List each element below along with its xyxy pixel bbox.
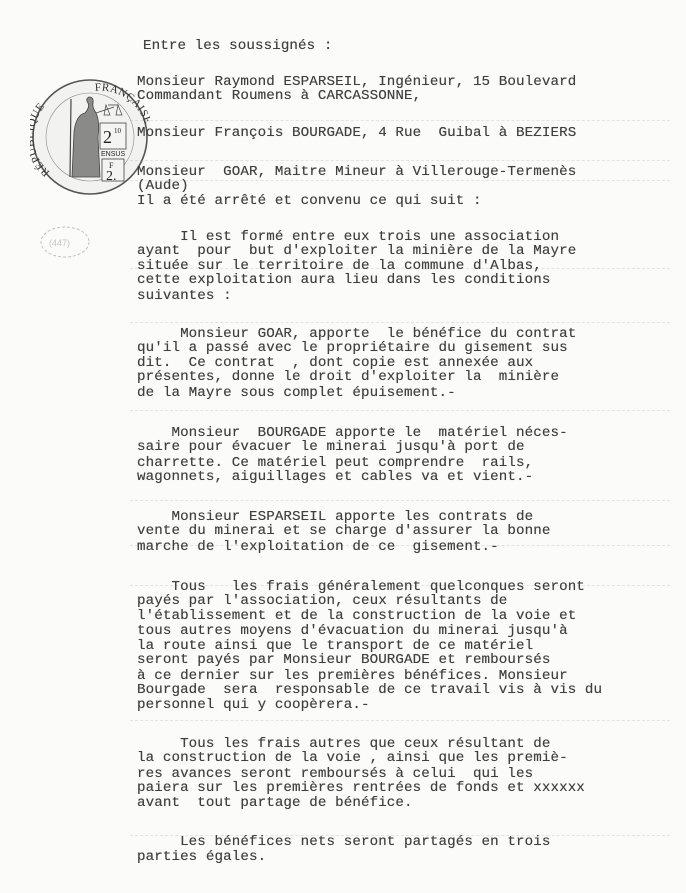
document-line: cette exploitation aura lieu dans les co…	[137, 274, 550, 287]
document-line: Monsieur Raymond ESPARSEIL, Ingénieur, 1…	[137, 76, 576, 89]
document-line: parties égales.	[137, 851, 266, 864]
svg-text:2: 2	[103, 127, 112, 147]
margin-mark: (447)	[35, 222, 97, 262]
document-line: saire pour évacuer le minerai jusqu'à po…	[137, 441, 525, 454]
document-line: seront payés par Monsieur BOURGADE et re…	[137, 654, 550, 667]
document-line: Monsieur GOAR, Maitre Mineur à Villeroug…	[137, 166, 576, 179]
document-line: Il est formé entre eux trois une associa…	[137, 231, 559, 244]
document-line: la construction de la voie , ainsi que l…	[137, 752, 568, 765]
document-line: Commandant Roumens à CARCASSONNE,	[137, 90, 421, 103]
document-line: avant tout partage de bénéfice.	[137, 797, 413, 810]
document-line: à ce dernier sur les premières bénéfices…	[137, 670, 568, 683]
document-line: qu'il a passé avec le propriétaire du gi…	[137, 342, 568, 355]
document-line: l'établissement et de la construction de…	[137, 610, 576, 623]
document-line: res avances seront remboursés à celui qu…	[137, 768, 533, 781]
document-line: paiera sur les premières rentrées de fon…	[137, 782, 585, 795]
document-line: vente du minerai et se charge d'assurer …	[137, 525, 550, 538]
document-page: RÉPUBLIQUE FRANÇAISE 2 10 ENSUS F 2. (44…	[0, 0, 686, 893]
document-line: marche de l'exploitation de ce gisement.…	[137, 541, 499, 554]
ruled-line	[130, 720, 670, 721]
svg-text:(447): (447)	[49, 238, 70, 248]
document-line: wagonnets, aiguillages et cables va et v…	[137, 471, 533, 484]
svg-text:2.: 2.	[106, 169, 117, 184]
ruled-line	[130, 410, 670, 411]
document-line: de la Mayre sous complet épuisement.-	[137, 387, 456, 400]
ruled-line	[130, 180, 670, 181]
document-line: Monsieur GOAR, apporte le bénéfice du co…	[137, 328, 576, 341]
ruled-line	[130, 120, 670, 121]
ruled-line	[130, 500, 670, 501]
document-line: Les bénéfices nets seront partagés en tr…	[137, 836, 550, 849]
document-line: Bourgade sera responsable de ce travail …	[137, 684, 602, 697]
fiscal-stamp-icon: RÉPUBLIQUE FRANÇAISE 2 10 ENSUS F 2.	[30, 77, 150, 197]
document-line: suivantes :	[137, 290, 232, 303]
document-line: (Aude)	[137, 180, 189, 193]
document-line: personnel qui y coopèrera.-	[137, 699, 370, 712]
ruled-line	[130, 160, 670, 161]
document-line: Il a été arrêté et convenu ce qui suit :	[137, 195, 482, 208]
document-line: payés par l'association, ceux résultants…	[137, 595, 507, 608]
svg-text:10: 10	[114, 127, 122, 135]
document-line: charrette. Ce matériel peut comprendre r…	[137, 457, 533, 470]
document-line: Monsieur François BOURGADE, 4 Rue Guibal…	[137, 127, 576, 140]
document-line: tous autres moyens d'évacuation du miner…	[137, 625, 568, 638]
document-line: présentes, donne le droit d'exploiter la…	[137, 371, 559, 384]
document-line: ayant pour but d'exploiter la minière de…	[137, 245, 576, 258]
document-line: Entre les soussignés :	[143, 40, 333, 53]
ruled-line	[130, 322, 670, 323]
svg-text:ENSUS: ENSUS	[101, 151, 125, 158]
document-line: Tous les frais généralement quelconques …	[137, 581, 585, 594]
